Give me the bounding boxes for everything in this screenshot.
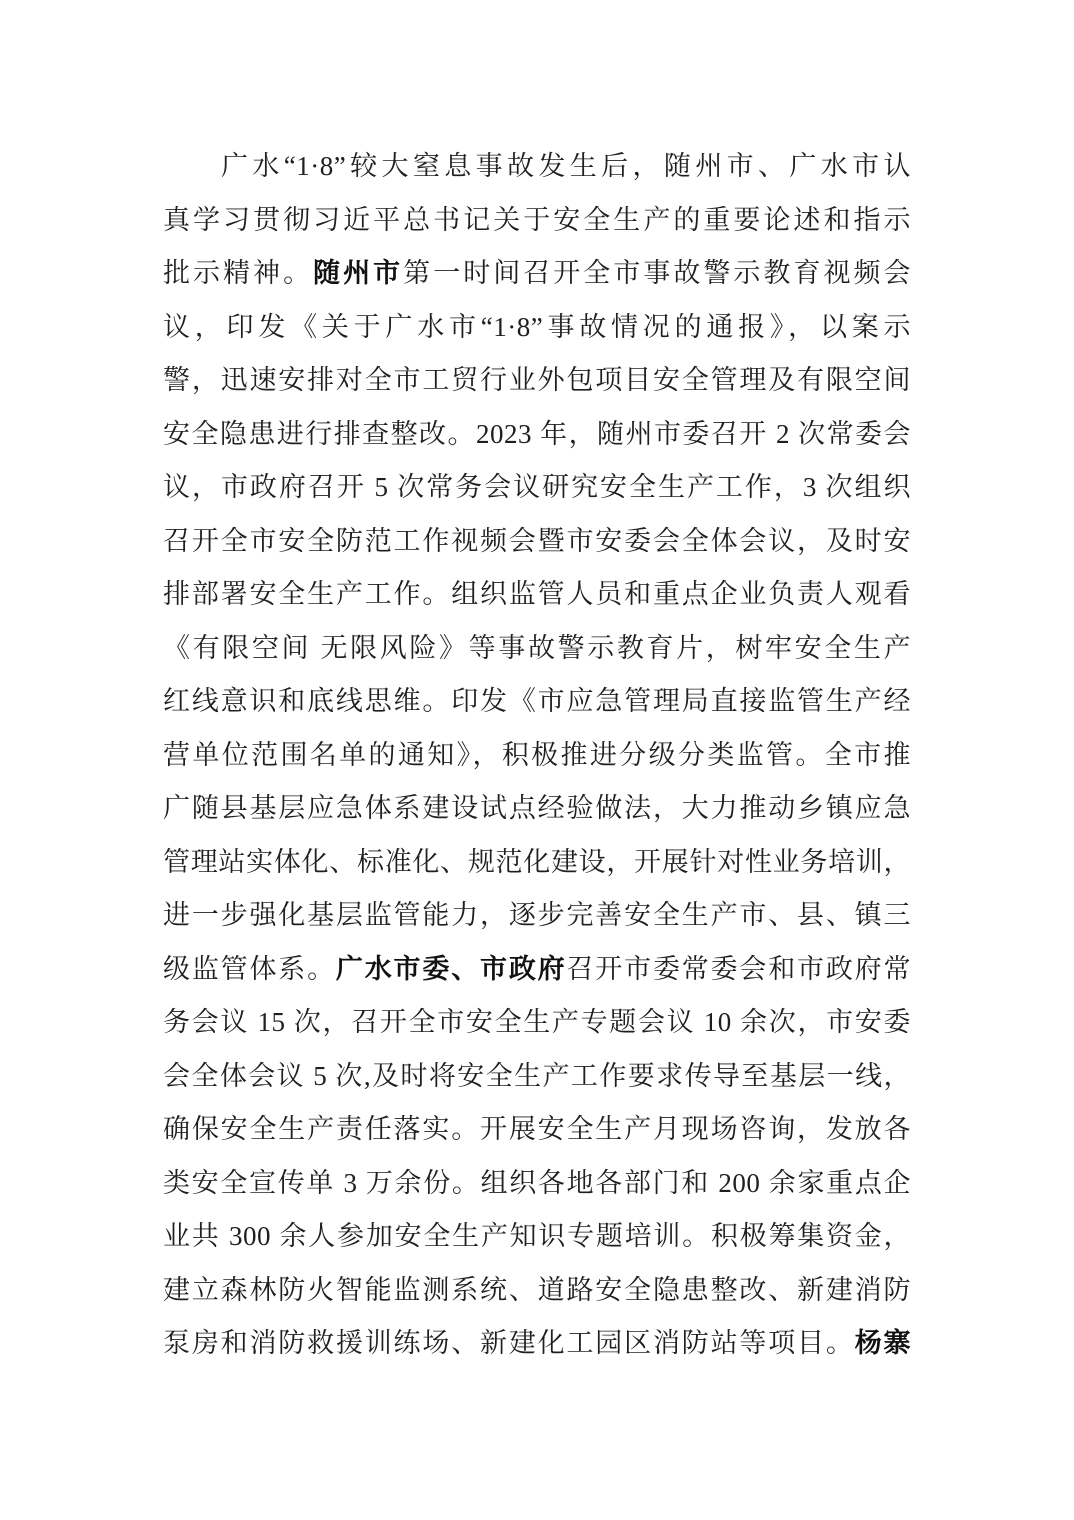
text-run: 确保安全生产责任落实。开展安全生产月现场咨询，发放各 [163,1114,911,1144]
paragraph-line: 级监管体系。广水市委、市政府召开市委常委会和市政府常 [163,943,911,997]
text-run: 《有限空间 无限风险》等事故警示教育片，树牢安全生产 [163,633,911,663]
text-run: 营单位范围名单的通知》，积极推进分级分类监管。全市推 [163,740,911,770]
bold-text-run: 广水市委、市政府 [336,954,567,984]
text-run: 红线意识和底线思维。印发《市应急管理局直接监管生产经 [163,686,911,716]
text-run: 广水“1·8”较大窒息事故发生后，随州市、广水市认 [221,151,911,181]
text-run: 召开全市安全防范工作视频会暨市安委会全体会议，及时安 [163,526,911,556]
text-run: 广随县基层应急体系建设试点经验做法，大力推动乡镇应急 [163,793,911,823]
text-run: 级监管体系。 [163,954,336,984]
paragraph-line: 建立森林防火智能监测系统、道路安全隐患整改、新建消防 [163,1264,911,1318]
paragraph-line: 营单位范围名单的通知》，积极推进分级分类监管。全市推 [163,729,911,783]
paragraph-line: 进一步强化基层监管能力，逐步完善安全生产市、县、镇三 [163,889,911,943]
text-run: 警，迅速安排对全市工贸行业外包项目安全管理及有限空间 [163,365,911,395]
text-run: 建立森林防火智能监测系统、道路安全隐患整改、新建消防 [163,1275,911,1305]
paragraph-line: 泵房和消防救援训练场、新建化工园区消防站等项目。杨寨 [163,1317,911,1371]
text-run: 类安全宣传单 3 万余份。组织各地各部门和 200 余家重点企 [163,1168,911,1198]
text-run: 进一步强化基层监管能力，逐步完善安全生产市、县、镇三 [163,900,911,930]
paragraph-line: 真学习贯彻习近平总书记关于安全生产的重要论述和指示 [163,194,911,248]
paragraph-line: 管理站实体化、标准化、规范化建设，开展针对性业务培训， [163,836,911,890]
text-run: 批示精神。 [163,258,313,288]
paragraph-line: 安全隐患进行排查整改。2023 年，随州市委召开 2 次常委会 [163,408,911,462]
document-paragraph: 广水“1·8”较大窒息事故发生后，随州市、广水市认真学习贯彻习近平总书记关于安全… [163,140,911,1371]
text-run: 业共 300 余人参加安全生产知识专题培训。积极筹集资金， [163,1221,911,1251]
paragraph-line: 会全体会议 5 次,及时将安全生产工作要求传导至基层一线， [163,1050,911,1104]
paragraph-line: 确保安全生产责任落实。开展安全生产月现场咨询，发放各 [163,1103,911,1157]
paragraph-line: 类安全宣传单 3 万余份。组织各地各部门和 200 余家重点企 [163,1157,911,1211]
text-run: 议，印发《关于广水市“1·8”事故情况的通报》，以案示 [163,312,911,342]
paragraph-line: 业共 300 余人参加安全生产知识专题培训。积极筹集资金， [163,1210,911,1264]
paragraph-line: 广随县基层应急体系建设试点经验做法，大力推动乡镇应急 [163,782,911,836]
text-run: 真学习贯彻习近平总书记关于安全生产的重要论述和指示 [163,205,911,235]
paragraph-line: 排部署安全生产工作。组织监管人员和重点企业负责人观看 [163,568,911,622]
text-run: 第一时间召开全市事故警示教育视频会 [403,258,911,288]
paragraph-line: 警，迅速安排对全市工贸行业外包项目安全管理及有限空间 [163,354,911,408]
paragraph-line: 召开全市安全防范工作视频会暨市安委会全体会议，及时安 [163,515,911,569]
bold-text-run: 随州市 [313,258,403,288]
paragraph-line: 议，印发《关于广水市“1·8”事故情况的通报》，以案示 [163,301,911,355]
text-run: 泵房和消防救援训练场、新建化工园区消防站等项目。 [163,1328,855,1358]
text-run: 安全隐患进行排查整改。2023 年，随州市委召开 2 次常委会 [163,419,911,449]
paragraph-line: 广水“1·8”较大窒息事故发生后，随州市、广水市认 [163,140,911,194]
document-page: 广水“1·8”较大窒息事故发生后，随州市、广水市认真学习贯彻习近平总书记关于安全… [0,0,1074,1520]
text-run: 务会议 15 次，召开全市安全生产专题会议 10 余次，市安委 [163,1007,911,1037]
paragraph-line: 《有限空间 无限风险》等事故警示教育片，树牢安全生产 [163,622,911,676]
bold-text-run: 杨寨 [855,1328,911,1358]
paragraph-line: 议，市政府召开 5 次常务会议研究安全生产工作，3 次组织 [163,461,911,515]
text-run: 排部署安全生产工作。组织监管人员和重点企业负责人观看 [163,579,911,609]
text-run: 会全体会议 5 次,及时将安全生产工作要求传导至基层一线， [163,1061,911,1091]
paragraph-line: 批示精神。随州市第一时间召开全市事故警示教育视频会 [163,247,911,301]
paragraph-line: 红线意识和底线思维。印发《市应急管理局直接监管生产经 [163,675,911,729]
text-run: 管理站实体化、标准化、规范化建设，开展针对性业务培训， [163,847,911,877]
text-run: 议，市政府召开 5 次常务会议研究安全生产工作，3 次组织 [163,472,911,502]
paragraph-line: 务会议 15 次，召开全市安全生产专题会议 10 余次，市安委 [163,996,911,1050]
text-run: 召开市委常委会和市政府常 [566,954,911,984]
